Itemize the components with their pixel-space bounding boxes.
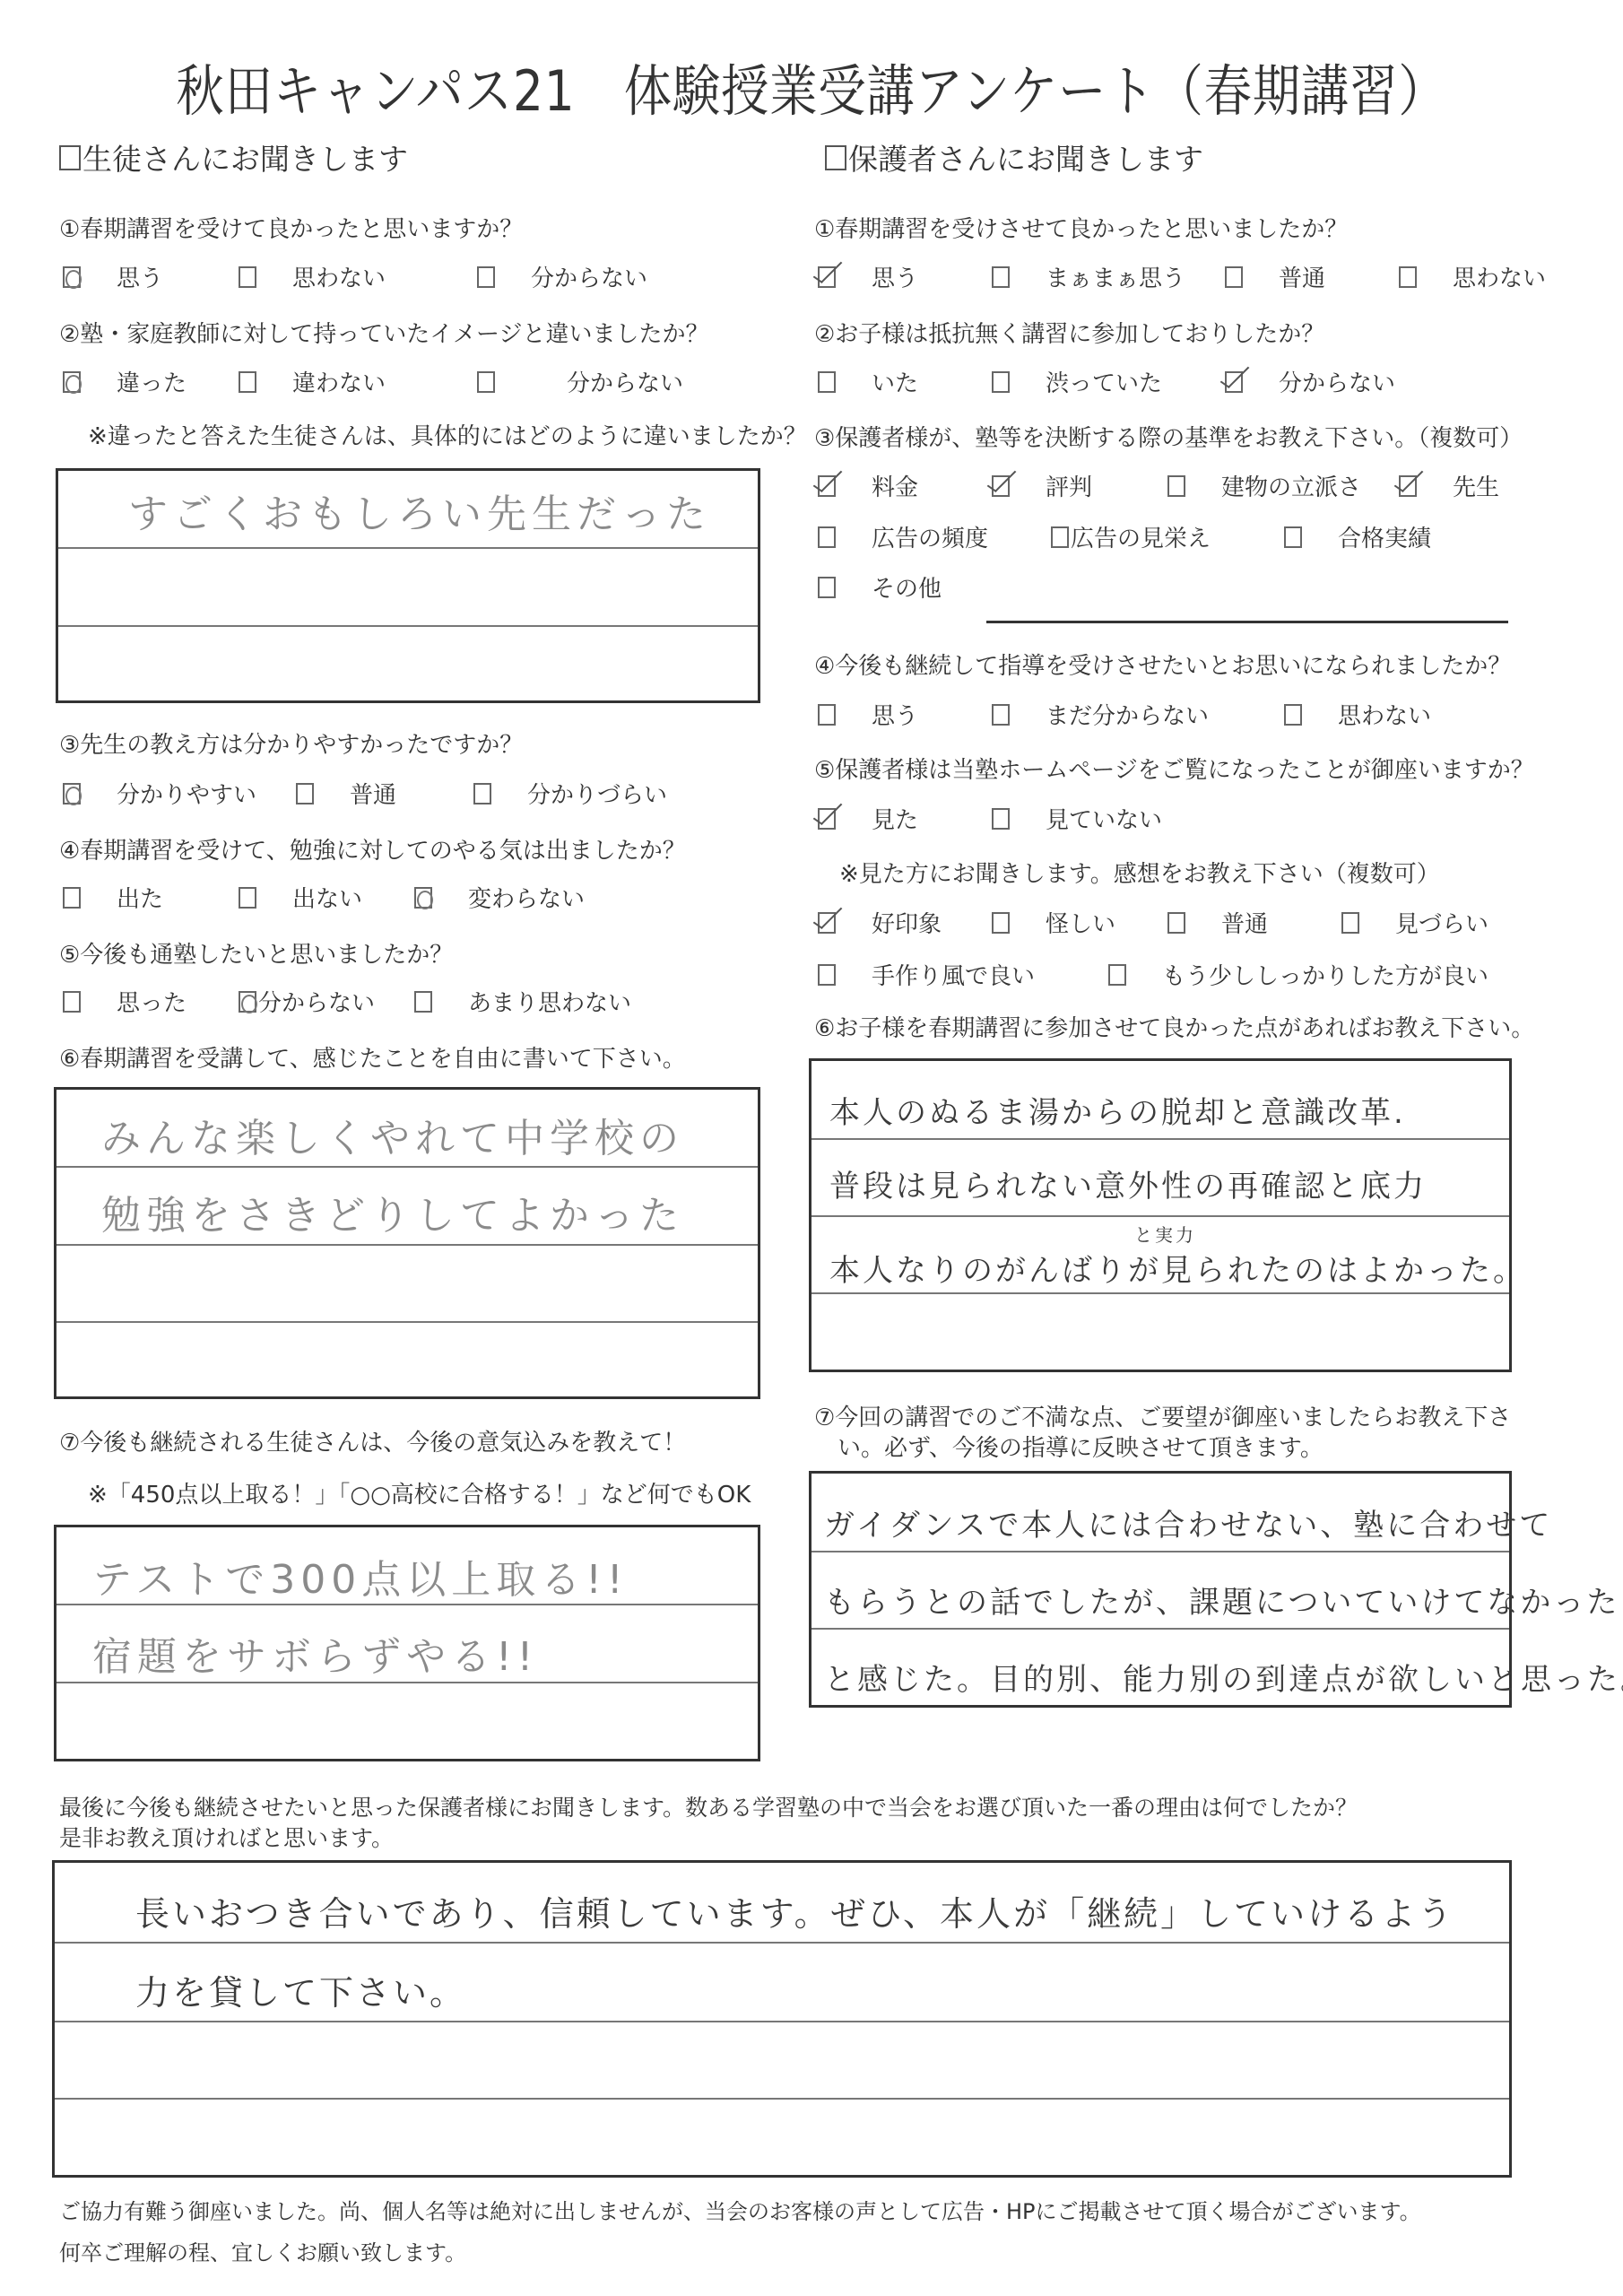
option-label: 怪しい xyxy=(1046,906,1115,939)
parent-q2-option-1[interactable]: いた xyxy=(818,365,918,398)
final-question-line1: 最後に今後も継続させたいと思った保護者様にお聞きします。数ある学習塾の中で当会を… xyxy=(59,1790,1358,1822)
student-q2-option-2[interactable]: 違わない xyxy=(239,365,386,398)
parent-q3-option-4[interactable]: 先生 xyxy=(1399,469,1499,502)
option-label: 思わない xyxy=(1453,260,1546,293)
ruled-line xyxy=(58,547,758,549)
option-label: いた xyxy=(872,365,918,398)
option-label: まだ分からない xyxy=(1046,698,1209,731)
checkbox-icon[interactable] xyxy=(296,783,314,804)
option-label: 違った xyxy=(117,365,187,398)
circled-checkbox-icon[interactable] xyxy=(414,887,432,909)
checkbox-icon[interactable] xyxy=(63,887,81,909)
checkbox-icon[interactable] xyxy=(818,526,836,548)
parent-q1-option-2[interactable]: まぁまぁ思う xyxy=(992,260,1185,293)
final-question-line2: 是非お教え頂ければと思います。 xyxy=(59,1821,394,1853)
checkbox-icon[interactable] xyxy=(818,704,836,726)
student-q6-text: ⑥春期講習を受講して、感じたことを自由に書いて下さい。 xyxy=(59,1040,686,1074)
parent-q3-option-2[interactable]: 評判 xyxy=(992,469,1092,502)
ruled-line xyxy=(811,1138,1509,1140)
option-label: 広告の見栄え xyxy=(1071,520,1211,553)
option-label: 思う xyxy=(872,260,918,293)
ruled-line xyxy=(56,1244,758,1246)
handwritten-answer-line: 普段は見られない意外性の再確認と底力 xyxy=(829,1161,1427,1205)
option-label: 出た xyxy=(117,881,163,914)
student-q1-option-1[interactable]: 思う xyxy=(63,260,163,293)
parent-q3-option-6[interactable]: 広告の見栄え xyxy=(1051,520,1211,553)
ruled-line xyxy=(55,2021,1509,2022)
parent-q4-option-1[interactable]: 思う xyxy=(818,698,918,731)
ruled-line xyxy=(811,1292,1509,1294)
ruled-line xyxy=(58,625,758,627)
parent-q1-option-1[interactable]: 思う xyxy=(818,260,918,293)
parent-q5-option-1[interactable]: 見た xyxy=(818,802,918,835)
handwritten-answer-line: 力を貸して下さい。 xyxy=(135,1965,466,2014)
option-label: 思う xyxy=(117,260,163,293)
student-q2-option-3[interactable]: 分からない xyxy=(477,365,683,398)
option-label: 思う xyxy=(872,698,918,731)
parent-q3-option-7[interactable]: 合格実績 xyxy=(1284,520,1431,553)
student-q4-option-1[interactable]: 出た xyxy=(63,881,163,914)
checkbox-icon[interactable] xyxy=(992,266,1010,288)
option-label: 分からない xyxy=(531,260,647,293)
option-label: 分からない xyxy=(258,985,375,1018)
handwritten-insertion: と実力 xyxy=(1134,1221,1196,1247)
parent-q2-text: ②お子様は抵抗無く講習に参加しておりしたか？ xyxy=(814,316,1324,349)
handwritten-answer-line: すごくおもしろい先生だった xyxy=(128,482,711,539)
option-label: 渋っていた xyxy=(1046,365,1162,398)
checkbox-icon[interactable] xyxy=(63,991,81,1013)
survey-title: 秋田キャンパス21 体験授業受講アンケート（春期講習） xyxy=(114,47,1510,126)
parent-q1-option-3[interactable]: 普通 xyxy=(1225,260,1325,293)
footer-line1: ご協力有難う御座いました。尚、個人名等は絶対に出しませんが、当会のお客様の声とし… xyxy=(59,2194,1421,2225)
option-label: 出ない xyxy=(292,881,362,914)
parent-q5-impression-2[interactable]: 怪しい xyxy=(992,906,1115,939)
student-q2-option-1[interactable]: 違った xyxy=(63,365,187,398)
parent-q5-impression-4[interactable]: 見づらい xyxy=(1341,906,1488,939)
checkbox-icon[interactable] xyxy=(818,964,836,986)
parent-q5-impression-1[interactable]: 好印象 xyxy=(818,906,942,939)
student-q3-option-1[interactable]: 分かりやすい xyxy=(63,777,256,810)
handwritten-answer-line: 勉強をさきどりしてよかった xyxy=(101,1183,684,1240)
circled-checkbox-icon[interactable] xyxy=(239,991,256,1013)
checkbox-icon[interactable] xyxy=(1108,964,1126,986)
parent-heading-text: 保護者さんにお聞きします xyxy=(848,136,1203,178)
section-checkbox-icon xyxy=(59,145,81,170)
checked-checkbox-icon[interactable] xyxy=(818,475,836,497)
option-label: 分からない xyxy=(567,365,683,398)
student-q5-option-3[interactable]: あまり思わない xyxy=(414,985,631,1018)
checkbox-icon[interactable] xyxy=(1225,266,1243,288)
checkbox-icon[interactable] xyxy=(1167,475,1185,497)
parent-q1-option-4[interactable]: 思わない xyxy=(1399,260,1546,293)
student-q7-answer-box[interactable]: テストで300点以上取る!! 宿題をサボらずやる!! xyxy=(54,1525,760,1761)
section-checkbox-icon xyxy=(825,145,846,170)
circled-checkbox-icon[interactable] xyxy=(63,266,81,288)
checked-checkbox-icon[interactable] xyxy=(818,808,836,830)
option-label: 好印象 xyxy=(872,906,942,939)
parent-q6-text: ⑥お子様を春期講習に参加させて良かった点があればお教え下さい。 xyxy=(814,1010,1534,1043)
ruled-line xyxy=(55,1942,1509,1944)
student-q4-option-2[interactable]: 出ない xyxy=(239,881,362,914)
option-label: 普通 xyxy=(350,777,396,810)
checkbox-icon[interactable] xyxy=(1051,526,1069,548)
circled-checkbox-icon[interactable] xyxy=(63,371,81,393)
option-label: 見ていない xyxy=(1046,802,1162,835)
checkbox-icon[interactable] xyxy=(477,266,495,288)
option-label: 普通 xyxy=(1279,260,1325,293)
student-q4-text: ④春期講習を受けて、勉強に対してのやる気は出ましたか？ xyxy=(59,832,686,865)
parent-q4-option-3[interactable]: 思わない xyxy=(1284,698,1431,731)
ruled-line xyxy=(811,1628,1509,1630)
student-q5-option-1[interactable]: 思った xyxy=(63,985,187,1018)
checkbox-icon[interactable] xyxy=(239,887,256,909)
option-label: まぁまぁ思う xyxy=(1046,260,1185,293)
student-q7-note: ※「450点以上取る！」「○○高校に合格する！」など何でもOK xyxy=(88,1476,751,1509)
checkbox-icon[interactable] xyxy=(1167,912,1185,934)
handwritten-answer-line: みんな楽しくやれて中学校の xyxy=(101,1106,684,1163)
handwritten-answer-line: 長いおつき合いであり、信頼しています。ぜひ、本人が「継続」していけるよう xyxy=(135,1886,1454,1935)
option-label: 違わない xyxy=(292,365,386,398)
parent-q1-text: ①春期講習を受けさせて良かったと思いましたか？ xyxy=(814,211,1348,244)
student-q3-text: ③先生の教え方は分かりやすかったですか？ xyxy=(59,726,523,760)
option-label: あまり思わない xyxy=(468,985,631,1018)
student-section-heading: 生徒さんにお聞きします xyxy=(59,136,408,178)
option-label: 合格実績 xyxy=(1338,520,1431,553)
parent-q5-text: ⑤保護者様は当塾ホームページをご覧になったことが御座いますか？ xyxy=(814,752,1534,785)
option-label: 思った xyxy=(117,985,187,1018)
handwritten-answer-line: もらうとの話でしたが、課題についていけてなかった xyxy=(824,1578,1619,1622)
checkbox-icon[interactable] xyxy=(818,371,836,393)
checkbox-icon[interactable] xyxy=(992,704,1010,726)
option-label: 料金 xyxy=(872,469,918,502)
option-label: 分かりやすい xyxy=(117,777,256,810)
parent-q6-answer-box[interactable]: 本人のぬるま湯からの脱却と意識改革. 普段は見られない意外性の再確認と底力 本人… xyxy=(809,1058,1512,1372)
checkbox-icon[interactable] xyxy=(239,371,256,393)
student-q6-answer-box[interactable]: みんな楽しくやれて中学校の 勉強をさきどりしてよかった xyxy=(54,1087,760,1399)
student-q4-option-3[interactable]: 変わらない xyxy=(414,881,585,914)
parent-section-heading: 保護者さんにお聞きします xyxy=(825,136,1203,178)
checked-checkbox-icon[interactable] xyxy=(1225,371,1243,393)
student-heading-text: 生徒さんにお聞きします xyxy=(82,136,408,178)
option-label: 思わない xyxy=(292,260,386,293)
parent-q7-text-line1: ⑦今回の講習でのご不満な点、ご要望が御座いましたらお教え下さ xyxy=(814,1399,1511,1432)
final-answer-box[interactable]: 長いおつき合いであり、信頼しています。ぜひ、本人が「継続」していけるよう 力を貸… xyxy=(52,1860,1512,2178)
ruled-line xyxy=(55,2098,1509,2100)
checkbox-icon[interactable] xyxy=(473,783,491,804)
parent-q5-option-2[interactable]: 見ていない xyxy=(992,802,1162,835)
student-q3-option-2[interactable]: 普通 xyxy=(296,777,396,810)
checkbox-icon[interactable] xyxy=(992,808,1010,830)
option-label: 見づらい xyxy=(1395,906,1488,939)
checkbox-icon[interactable] xyxy=(239,266,256,288)
student-q2-text: ②塾・家庭教師に対して持っていたイメージと違いましたか？ xyxy=(59,316,709,349)
checkbox-icon[interactable] xyxy=(992,371,1010,393)
other-input-line[interactable] xyxy=(986,621,1508,623)
parent-q2-option-3[interactable]: 分からない xyxy=(1225,365,1395,398)
checkbox-icon[interactable] xyxy=(477,371,495,393)
ruled-line xyxy=(811,1551,1509,1552)
handwritten-answer-line: テストで300点以上取る!! xyxy=(92,1547,629,1605)
student-q5-text: ⑤今後も通塾したいと思いましたか？ xyxy=(59,936,453,970)
option-label: その他 xyxy=(872,570,942,604)
checked-checkbox-icon[interactable] xyxy=(1399,475,1417,497)
option-label: もう少ししっかりした方が良い xyxy=(1162,958,1488,991)
parent-q2-option-2[interactable]: 渋っていた xyxy=(992,365,1162,398)
checkbox-icon[interactable] xyxy=(992,912,1010,934)
option-label: 手作り風で良い xyxy=(872,958,1035,991)
parent-q5-impression-5[interactable]: 手作り風で良い xyxy=(818,958,1035,991)
option-label: 普通 xyxy=(1221,906,1268,939)
option-label: 広告の頻度 xyxy=(872,520,988,553)
circled-checkbox-icon[interactable] xyxy=(63,783,81,804)
checkbox-icon[interactable] xyxy=(818,577,836,598)
ruled-line xyxy=(811,1215,1509,1217)
student-q1-option-2[interactable]: 思わない xyxy=(239,260,386,293)
parent-q3-option-8[interactable]: その他 xyxy=(818,570,942,604)
option-label: 分かりづらい xyxy=(527,777,667,810)
ruled-line xyxy=(56,1166,758,1168)
parent-q5-impression-3[interactable]: 普通 xyxy=(1167,906,1268,939)
parent-q3-option-3[interactable]: 建物の立派さ xyxy=(1167,469,1361,502)
parent-q3-option-5[interactable]: 広告の頻度 xyxy=(818,520,988,553)
parent-q5-impression-6[interactable]: もう少ししっかりした方が良い xyxy=(1108,958,1488,991)
parent-q7-answer-box[interactable]: ガイダンスで本人には合わせない、塾に合わせて もらうとの話でしたが、課題について… xyxy=(809,1471,1512,1708)
footer-line2: 何卒ご理解の程、宜しくお願い致します。 xyxy=(59,2235,466,2266)
ruled-line xyxy=(56,1682,758,1683)
checked-checkbox-icon[interactable] xyxy=(818,266,836,288)
student-q7-text: ⑦今後も継続される生徒さんは、今後の意気込みを教えて！ xyxy=(59,1424,686,1457)
checked-checkbox-icon[interactable] xyxy=(992,475,1010,497)
handwritten-answer-line: ガイダンスで本人には合わせない、塾に合わせて xyxy=(824,1500,1552,1544)
checkbox-icon[interactable] xyxy=(1284,526,1302,548)
student-q2-answer-box[interactable]: すごくおもしろい先生だった xyxy=(56,468,760,703)
option-label: 変わらない xyxy=(468,881,585,914)
checkbox-icon[interactable] xyxy=(414,991,432,1013)
checkbox-icon[interactable] xyxy=(1341,912,1359,934)
student-q5-option-2[interactable]: 分からない xyxy=(239,985,375,1018)
parent-q3-text: ③保護者様が、塾等を決断する際の基準をお教え下さい。（複数可） xyxy=(814,420,1523,453)
option-label: 評判 xyxy=(1046,469,1092,502)
option-label: 先生 xyxy=(1453,469,1499,502)
parent-q4-option-2[interactable]: まだ分からない xyxy=(992,698,1209,731)
checkbox-icon[interactable] xyxy=(1399,266,1417,288)
parent-q7-text-line2: い。必ず、今後の指導に反映させて頂きます。 xyxy=(838,1430,1324,1463)
student-q1-text: ①春期講習を受けて良かったと思いますか？ xyxy=(59,211,523,244)
ruled-line xyxy=(56,1321,758,1323)
student-q1-option-3[interactable]: 分からない xyxy=(477,260,647,293)
parent-q3-option-1[interactable]: 料金 xyxy=(818,469,918,502)
handwritten-answer-line: と感じた。目的別、能力別の到達点が欲しいと思った。 xyxy=(824,1655,1623,1699)
student-q2-followup: ※違ったと答えた生徒さんは、具体的にはどのように違いましたか？ xyxy=(88,418,807,451)
checkbox-icon[interactable] xyxy=(1284,704,1302,726)
option-label: 思わない xyxy=(1338,698,1431,731)
checked-checkbox-icon[interactable] xyxy=(818,912,836,934)
option-label: 建物の立派さ xyxy=(1221,469,1361,502)
parent-q4-text: ④今後も継続して指導を受けさせたいとお思いになられましたか？ xyxy=(814,648,1511,681)
option-label: 見た xyxy=(872,802,918,835)
student-q3-option-3[interactable]: 分かりづらい xyxy=(473,777,667,810)
handwritten-answer-line: 本人なりのがんばりが見られたのはよかった。 xyxy=(829,1246,1526,1290)
handwritten-answer-line: 本人のぬるま湯からの脱却と意識改革. xyxy=(829,1088,1406,1132)
parent-q5-followup: ※見た方にお聞きします。感想をお教え下さい（複数可） xyxy=(839,856,1440,889)
option-label: 分からない xyxy=(1279,365,1395,398)
handwritten-answer-line: 宿題をサボらずやる!! xyxy=(92,1624,538,1682)
